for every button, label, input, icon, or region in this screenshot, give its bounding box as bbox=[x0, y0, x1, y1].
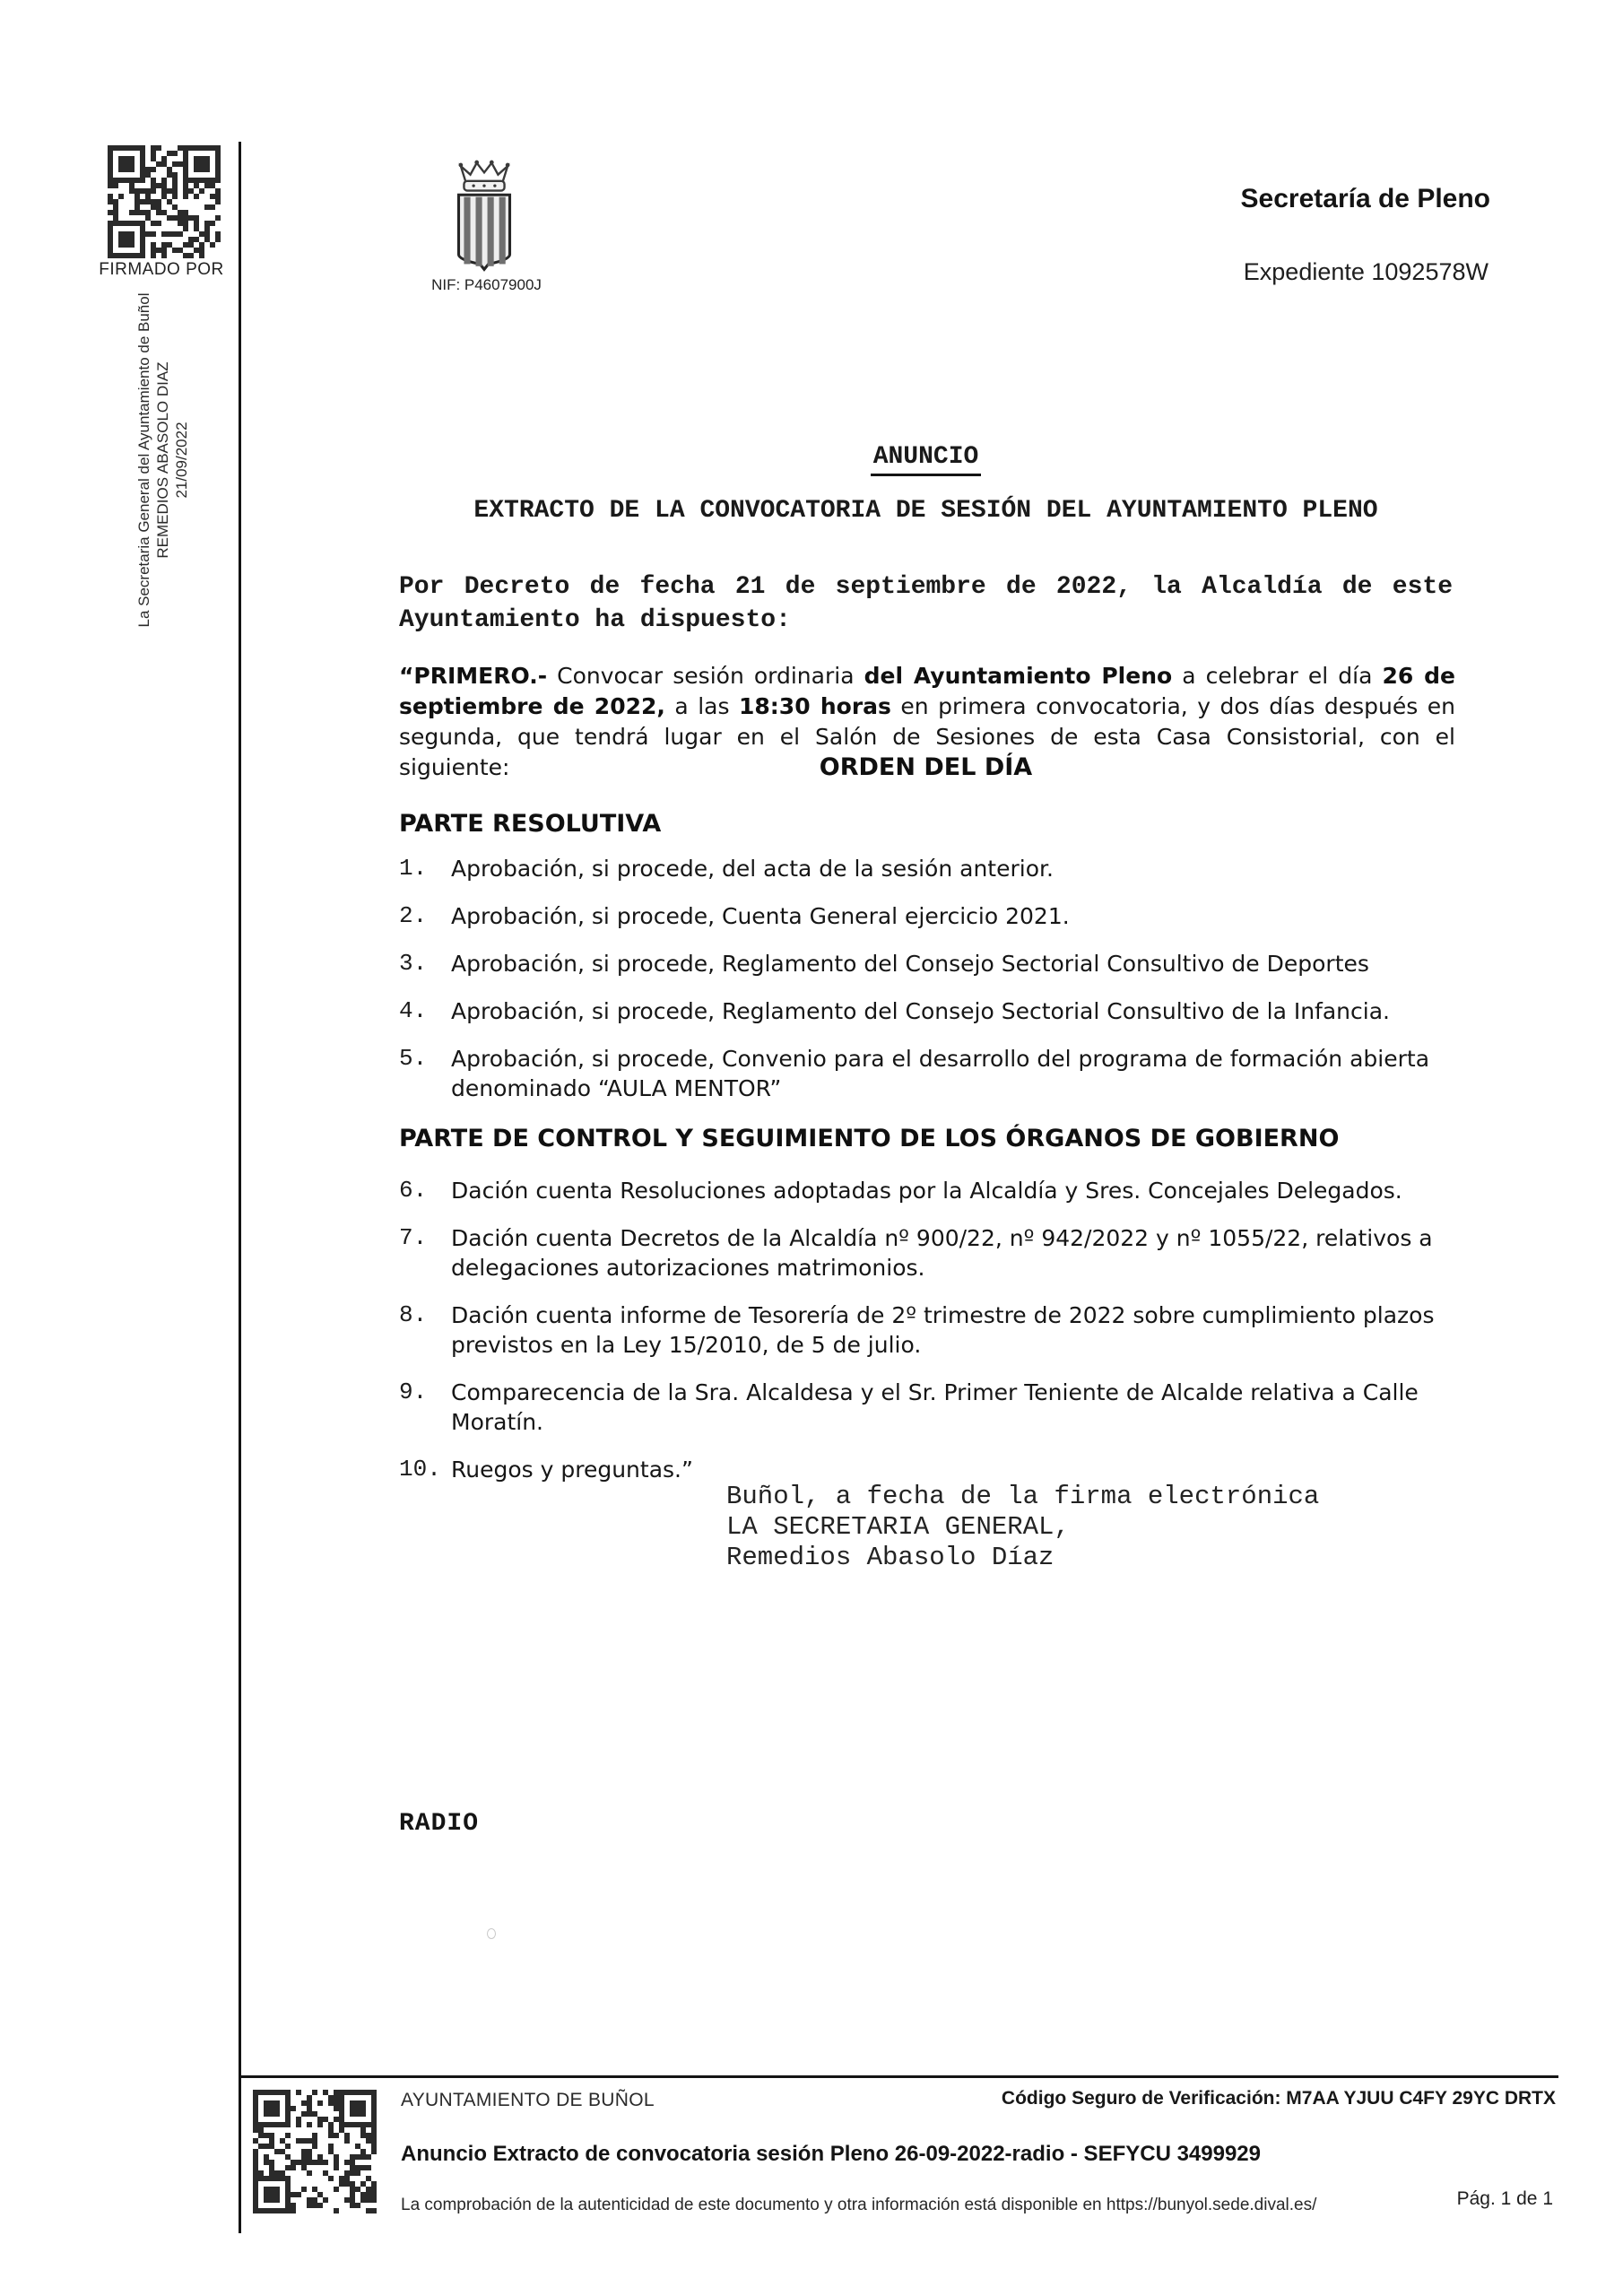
signature-block: Buñol, a fecha de la firma electrónica L… bbox=[726, 1482, 1319, 1573]
margin-divider-line bbox=[239, 142, 241, 2233]
orden-item-number: 9. bbox=[399, 1378, 451, 1437]
orden-item-text: Aprobación, si procede, Reglamento del C… bbox=[451, 996, 1454, 1026]
orden-item-number: 8. bbox=[399, 1300, 451, 1360]
department-title: Secretaría de Pleno bbox=[1241, 184, 1490, 214]
orden-item-number: 3. bbox=[399, 949, 451, 978]
footer-verification-note: La comprobación de la autenticidad de es… bbox=[401, 2196, 1316, 2215]
orden-item-text: Ruegos y preguntas.” bbox=[451, 1455, 1454, 1484]
intro-paragraph: Por Decreto de fecha 21 de septiembre de… bbox=[399, 570, 1453, 637]
announcement-subtitle: EXTRACTO DE LA CONVOCATORIA DE SESIÓN DE… bbox=[399, 497, 1453, 525]
signature-name-line: Remedios Abasolo Díaz bbox=[726, 1543, 1319, 1573]
signature-place-line: Buñol, a fecha de la firma electrónica bbox=[726, 1482, 1319, 1512]
signer-stamp-vertical: La Secretaria General del Ayuntamiento d… bbox=[135, 284, 192, 636]
signature-qr-code-icon bbox=[108, 145, 221, 258]
footer-divider-line bbox=[239, 2075, 1558, 2078]
scan-artifact-dot bbox=[487, 1928, 496, 1939]
firmado-por-label: FIRMADO POR bbox=[90, 260, 233, 280]
orden-item-number: 4. bbox=[399, 996, 451, 1026]
orden-item: 2. Aprobación, si procede, Cuenta Genera… bbox=[399, 901, 1454, 931]
orden-item-text: Aprobación, si procede, Reglamento del C… bbox=[451, 949, 1454, 978]
orden-item: 10. Ruegos y preguntas.” bbox=[399, 1455, 1454, 1484]
expediente-number: Expediente 1092578W bbox=[1244, 258, 1488, 286]
document-page: FIRMADO POR La Secretaria General del Ay… bbox=[0, 0, 1623, 2296]
orden-item-text: Dación cuenta Decretos de la Alcaldía nº… bbox=[451, 1223, 1454, 1283]
signer-name: REMEDIOS ABASOLO DIAZ bbox=[153, 284, 172, 636]
footer-organization: AYUNTAMIENTO DE BUÑOL bbox=[401, 2090, 655, 2111]
radio-note: RADIO bbox=[399, 1810, 479, 1838]
orden-item: 1. Aprobación, si procede, del acta de l… bbox=[399, 854, 1454, 883]
orden-item-number: 7. bbox=[399, 1223, 451, 1283]
orden-item-text: Aprobación, si procede, Convenio para el… bbox=[451, 1044, 1454, 1103]
footer-verification-code: Código Seguro de Verificación: M7AA YJUU… bbox=[1002, 2088, 1556, 2109]
parte-resolutiva-heading: PARTE RESOLUTIVA bbox=[399, 810, 661, 838]
orden-item: 8. Dación cuenta informe de Tesorería de… bbox=[399, 1300, 1454, 1360]
nif-label: NIF: P4607900J bbox=[421, 276, 551, 294]
orden-item-number: 2. bbox=[399, 901, 451, 931]
signature-title-line: LA SECRETARIA GENERAL, bbox=[726, 1512, 1319, 1543]
orden-item: 9. Comparecencia de la Sra. Alcaldesa y … bbox=[399, 1378, 1454, 1437]
footer-document-title: Anuncio Extracto de convocatoria sesión … bbox=[401, 2142, 1261, 2167]
parte-control-heading: PARTE DE CONTROL Y SEGUIMIENTO DE LOS ÓR… bbox=[399, 1125, 1454, 1152]
orden-item: 4. Aprobación, si procede, Reglamento de… bbox=[399, 996, 1454, 1026]
signer-role: La Secretaria General del Ayuntamiento d… bbox=[135, 284, 153, 636]
orden-item-text: Dación cuenta informe de Tesorería de 2º… bbox=[451, 1300, 1454, 1360]
orden-item-number: 6. bbox=[399, 1176, 451, 1205]
coat-of-arms-icon bbox=[448, 160, 520, 273]
orden-item-number: 1. bbox=[399, 854, 451, 883]
orden-item-text: Dación cuenta Resoluciones adoptadas por… bbox=[451, 1176, 1454, 1205]
verification-qr-code-icon bbox=[253, 2090, 377, 2213]
orden-item: 5. Aprobación, si procede, Convenio para… bbox=[399, 1044, 1454, 1103]
orden-item-text: Comparecencia de la Sra. Alcaldesa y el … bbox=[451, 1378, 1454, 1437]
orden-item-number: 10. bbox=[399, 1455, 451, 1484]
orden-item-text: Aprobación, si procede, del acta de la s… bbox=[451, 854, 1454, 883]
announcement-title: ANUNCIO bbox=[399, 443, 1453, 471]
signer-date: 21/09/2022 bbox=[172, 284, 191, 636]
orden-item-text: Aprobación, si procede, Cuenta General e… bbox=[451, 901, 1454, 931]
orden-item-number: 5. bbox=[399, 1044, 451, 1103]
orden-item: 7. Dación cuenta Decretos de la Alcaldía… bbox=[399, 1223, 1454, 1283]
orden-item: 3. Aprobación, si procede, Reglamento de… bbox=[399, 949, 1454, 978]
orden-item: 6. Dación cuenta Resoluciones adoptadas … bbox=[399, 1176, 1454, 1205]
footer-page-number: Pág. 1 de 1 bbox=[1457, 2188, 1553, 2210]
primero-keyword: “PRIMERO.- bbox=[399, 663, 547, 689]
orden-del-dia-heading: ORDEN DEL DÍA bbox=[399, 753, 1453, 781]
agenda-list: 1. Aprobación, si procede, del acta de l… bbox=[399, 854, 1454, 1502]
